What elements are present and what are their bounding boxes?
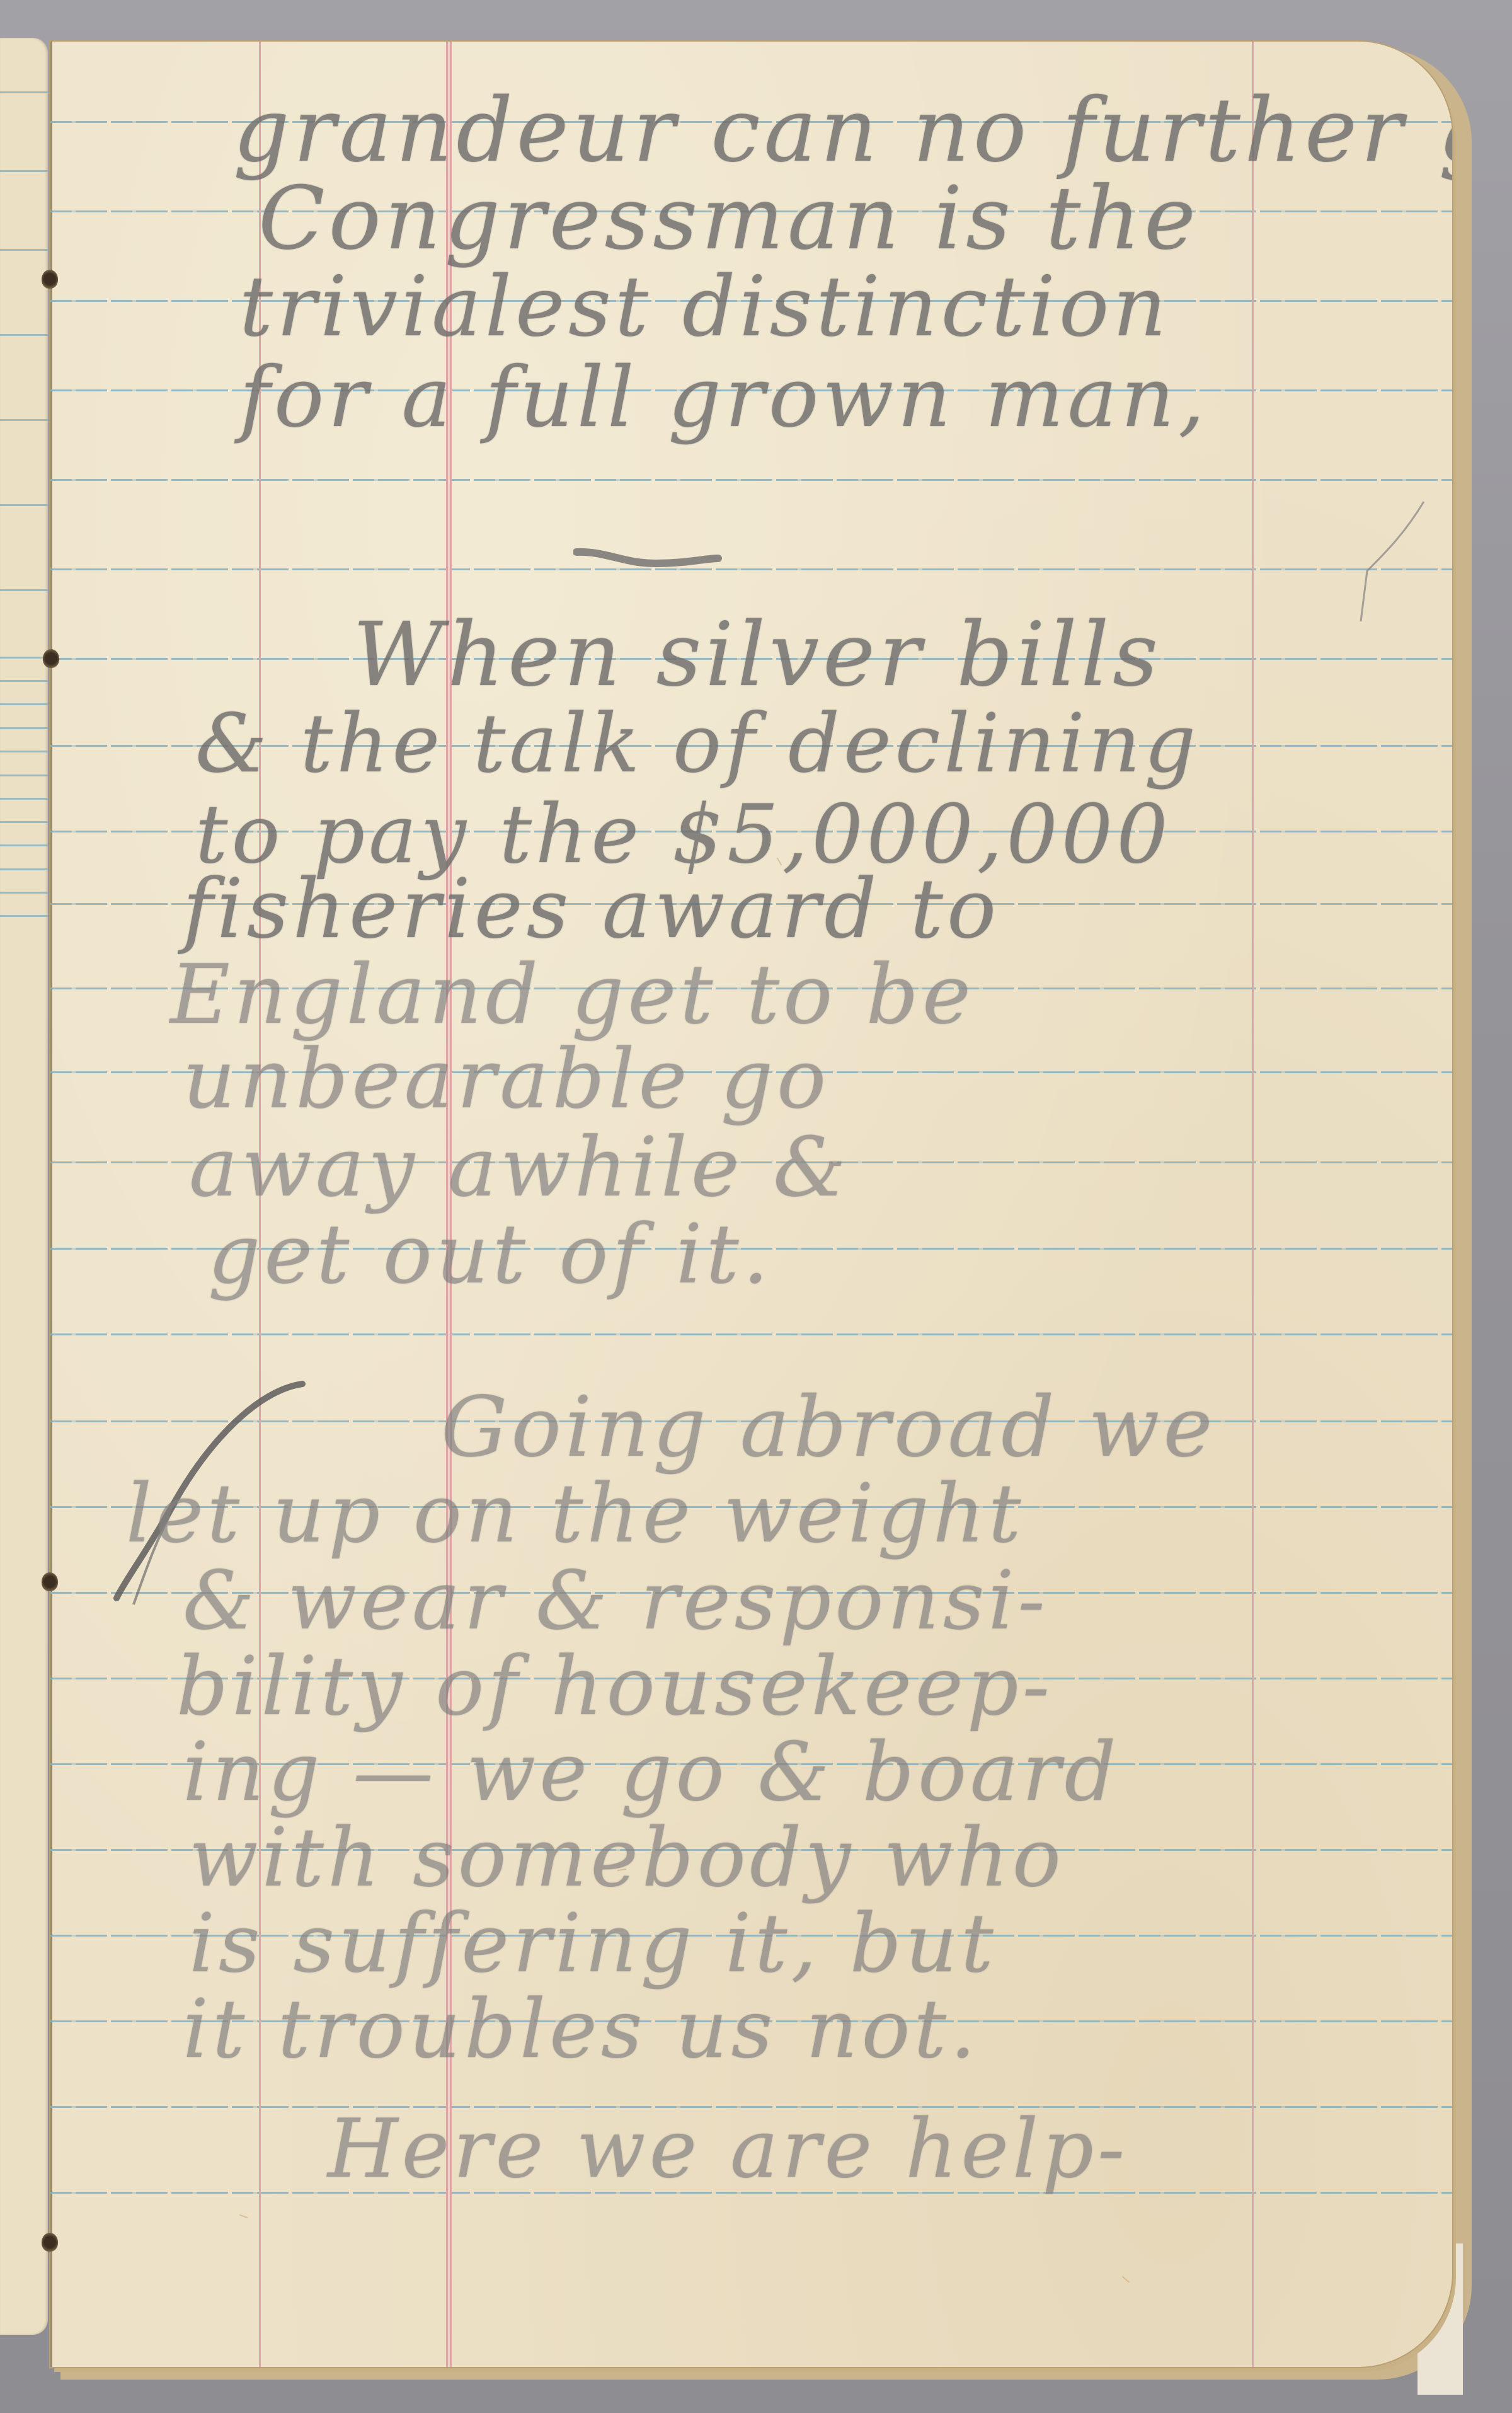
ruled-line (0, 419, 48, 421)
binding-hole (43, 649, 59, 668)
ruled-line (0, 680, 48, 682)
binding-hole (42, 2233, 58, 2252)
handwritten-line-18: with somebody who (189, 1811, 1065, 1905)
handwritten-line-6: & the talk of declining (195, 697, 1200, 791)
ruled-line (0, 249, 48, 251)
notebook-page: grandeur can no further go. Congressman … (50, 42, 1452, 2367)
ruled-line (0, 844, 48, 846)
ruled-line (0, 170, 48, 172)
handwritten-line-13: Going abroad we (441, 1379, 1217, 1476)
handwritten-line-19: is suffering it, but (189, 1897, 997, 1991)
handwritten-line-4: for a full grown man, (239, 349, 1208, 446)
ruled-line (0, 775, 48, 776)
ruled-line (0, 703, 48, 705)
ruled-line (0, 892, 48, 894)
handwritten-line-14: let up on the weight (126, 1467, 1024, 1561)
ruled-line (0, 798, 48, 800)
handwritten-line-9: England get to be (170, 947, 975, 1042)
handwritten-line-8: fisheries award to (183, 861, 1000, 957)
ruled-line (0, 868, 48, 870)
ruled-line (0, 91, 48, 93)
ruled-line (0, 334, 48, 336)
handwritten-line-21: Here we are help- (328, 2102, 1128, 2196)
ruled-line (0, 727, 48, 729)
handwritten-line-12: get out of it. (208, 1206, 772, 1302)
handwritten-line-11: away awhile & (189, 1119, 850, 1215)
handwritten-line-10: unbearable go (183, 1031, 830, 1127)
binding-hole (42, 270, 58, 289)
handwritten-line-20: it troubles us not. (183, 1983, 980, 2076)
ruled-line (0, 915, 48, 917)
ruled-line (0, 751, 48, 752)
ruled-line (0, 821, 48, 823)
section-separator-underline (573, 539, 724, 577)
ruled-line (0, 657, 48, 659)
margin-pencil-mark (1342, 495, 1430, 647)
handwritten-line-17: ing — we go & board (183, 1725, 1120, 1819)
ruled-line (0, 589, 48, 591)
previous-page-edge (0, 38, 48, 2335)
ruled-line (0, 504, 48, 506)
binding-hole (42, 1572, 58, 1591)
handwritten-line-16: bility of housekeep- (176, 1640, 1053, 1734)
handwritten-line-15: & wear & responsi- (183, 1554, 1049, 1648)
handwritten-line-3: trivialest distinction (239, 258, 1170, 355)
handwritten-line-5: When silver bills (353, 604, 1162, 706)
handwritten-line-2: Congressman is the (258, 168, 1200, 269)
right-margin-line (1252, 42, 1254, 2367)
handwritten-line-1: grandeur can no further go. (233, 79, 1452, 182)
